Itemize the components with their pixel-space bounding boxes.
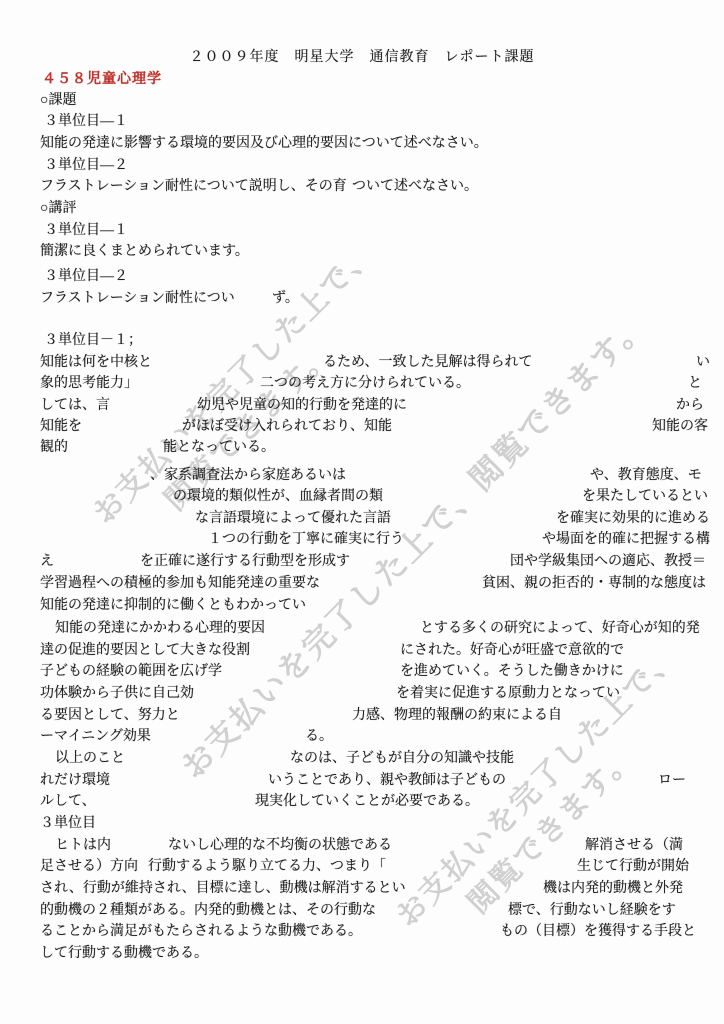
text-fragment: 足させる）方向 [40, 857, 138, 876]
text-fragment: ルして、 [40, 792, 96, 811]
text-fragment: 的動機の２種類がある。内発的動機とは、その行動な [40, 901, 376, 920]
text-fragment: る要因として、努力と [40, 706, 180, 725]
text-line: 知能をがほぼ受け入れられており、知能知能の客 [0, 417, 724, 436]
text-fragment: 知能の発達に影響する環境的要因及び心理的要因について述べなさい。 [40, 134, 488, 153]
document-title-line: ２００９年度 明星大学 通信教育 レポート課題 [0, 48, 724, 67]
text-line: 知能は何を中核とるため、一致した見解は得られてい [0, 353, 724, 372]
text-fragment: 機は内発的動機と外発 [543, 879, 683, 898]
text-fragment: ３単位目―１ [44, 221, 128, 240]
text-line: 的動機の２種類がある。内発的動機とは、その行動な標で、行動ないし経験をす [0, 901, 724, 920]
text-fragment: 解消させる（満 [585, 836, 683, 855]
text-fragment: 象的思考能力」 [40, 374, 138, 393]
text-fragment: 子どもの経験の範囲を広げ学 [40, 662, 222, 681]
text-fragment: もの（目標）を獲得する手段と [500, 922, 696, 941]
report-document-page: お支払いを完了した上で、閲覧できます。お支払いを完了した上で、閲覧できます。お支… [0, 0, 724, 1024]
text-line: 以上のことなのは、子どもが自分の知識や技能 [0, 749, 724, 768]
text-fragment: 行動するよう駆り立てる力、つまり「 [148, 857, 386, 876]
text-line: 学習過程への積極的参加も知能発達の重要な貧困、親の拒否的・専制的な態度は [0, 574, 724, 593]
text-fragment: 生じて行動が開始 [577, 857, 689, 876]
text-line: ○課題 [0, 91, 724, 110]
text-fragment: ついて述べなさい。 [352, 177, 478, 196]
text-line: ることから満足がもたらされるような動機である。もの（目標）を獲得する手段と [0, 922, 724, 941]
text-fragment: 能となっている。 [163, 438, 275, 457]
text-fragment: 簡潔に良くまとめられています。 [40, 242, 249, 261]
text-line: れだけ環境いうことであり、親や教師は子どものロー [0, 771, 724, 790]
text-fragment: がほぼ受け入れられており、知能 [182, 417, 392, 436]
text-fragment: 幼児や児童の知的行動を発達的に [197, 396, 407, 415]
text-fragment: 二つの考え方に分けられている。 [260, 374, 470, 393]
text-fragment: ３単位目―２ [44, 267, 128, 286]
text-line: えを正確に遂行する行動型を形成す団や学級集団への適応、教授＝ [0, 552, 724, 571]
text-fragment: ○課題 [40, 91, 76, 110]
text-fragment: ３単位目―２ [44, 156, 128, 175]
text-fragment: 力感、物理的報酬の約束による自 [352, 706, 562, 725]
text-line: 知能の発達にかかわる心理的要因とする多くの研究によって、好奇心が知的発 [0, 619, 724, 638]
text-fragment: や、教育態度、モ [590, 466, 702, 485]
text-fragment: を正確に遂行する行動型を形成す [140, 552, 350, 571]
text-fragment: い [696, 353, 710, 372]
text-fragment: 、家系調査法から家庭あるいは [150, 466, 346, 485]
text-fragment: 知能の発達に抑制的に働くともわかってい [40, 596, 306, 615]
text-line: 功体験から子供に自己効を着実に促進する原動力となってい [0, 684, 724, 703]
text-line: 象的思考能力」二つの考え方に分けられている。と [0, 374, 724, 393]
text-line: ３単位目 [0, 814, 724, 833]
text-line: 簡潔に良くまとめられています。 [0, 242, 724, 261]
text-fragment: る。 [305, 727, 333, 746]
text-fragment: フラストレーション耐性につい [40, 289, 235, 308]
text-line: 、家系調査法から家庭あるいはや、教育態度、モ [0, 466, 724, 485]
text-line: ３単位目―２ [0, 156, 724, 175]
text-line: ３単位目－１； [0, 331, 724, 350]
text-fragment: ーマイニング効果 [40, 727, 151, 746]
course-heading-line: ４５８児童心理学 [0, 70, 724, 89]
text-line: ルして、現実化していくことが必要である。 [0, 792, 724, 811]
text-fragment: 現実化していくことが必要である。 [255, 792, 479, 811]
text-line: フラストレーション耐性についず。 [0, 289, 724, 308]
text-line: ３単位目―１ [0, 112, 724, 131]
text-fragment: ロー [658, 771, 686, 790]
text-fragment: ることから満足がもたらされるような動機である。 [40, 922, 362, 941]
text-fragment: や場面を的確に把握する構 [542, 530, 710, 549]
text-fragment: ○講評 [40, 199, 76, 218]
text-fragment: ヒトは内 [55, 836, 111, 855]
text-fragment: 功体験から子供に自己効 [40, 684, 194, 703]
text-fragment: を進めていく。そうした働きかけに [400, 662, 624, 681]
text-fragment: 観的 [40, 438, 68, 457]
text-fragment: 標で、行動ないし経験をす [508, 901, 676, 920]
text-fragment: を確実に効果的に進める [556, 509, 710, 528]
text-line: ヒトは内ないし心理的な不均衡の状態である解消させる（満 [0, 836, 724, 855]
text-fragment: 知能を [40, 417, 82, 436]
text-fragment: を着実に促進する原動力となってい [396, 684, 620, 703]
text-fragment: して行動する動機である。 [40, 944, 208, 963]
text-fragment: にされた。好奇心が旺盛で意欲的で [400, 641, 624, 660]
text-fragment: を果たしているとい [582, 487, 708, 506]
text-line: され、行動が維持され、目標に達し、動機は解消するとい機は内発的動機と外発 [0, 879, 724, 898]
text-line: な言語環境によって優れた言語を確実に効果的に進める [0, 509, 724, 528]
text-line: 足させる）方向行動するよう駆り立てる力、つまり「生じて行動が開始 [0, 857, 724, 876]
course-code-heading: ４５８児童心理学 [42, 70, 162, 89]
text-fragment: な言語環境によって優れた言語 [195, 509, 391, 528]
text-fragment: フラストレーション耐性について説明し、その育 [40, 177, 347, 196]
text-line: ３単位目―１ [0, 221, 724, 240]
text-line: 観的能となっている。 [0, 438, 724, 457]
text-fragment: と [688, 374, 702, 393]
text-line: 達の促進的要因として大きな役割にされた。好奇心が旺盛で意欲的で [0, 641, 724, 660]
text-line: る要因として、努力と力感、物理的報酬の約束による自 [0, 706, 724, 725]
text-line: １つの行動を丁寧に確実に行うや場面を的確に把握する構 [0, 530, 724, 549]
text-fragment: るため、一致した見解は得られて [323, 353, 532, 372]
text-line: ○講評 [0, 199, 724, 218]
text-line: しては、言幼児や児童の知的行動を発達的にから [0, 396, 724, 415]
text-line: フラストレーション耐性について説明し、その育ついて述べなさい。 [0, 177, 724, 196]
text-fragment: しては、言 [40, 396, 110, 415]
text-fragment: され、行動が維持され、目標に達し、動機は解消するとい [40, 879, 406, 898]
text-fragment: ず。 [272, 289, 299, 308]
text-fragment: から [676, 396, 704, 415]
text-line: 知能の発達に影響する環境的要因及び心理的要因について述べなさい。 [0, 134, 724, 153]
text-fragment: 知能は何を中核と [40, 353, 152, 372]
text-fragment: いうことであり、親や教師は子どもの [268, 771, 506, 790]
text-line: の環境的類似性が、血縁者間の類を果たしているとい [0, 487, 724, 506]
text-fragment: ないし心理的な不均衡の状態である [168, 836, 392, 855]
text-fragment: １つの行動を丁寧に確実に行う [208, 530, 404, 549]
text-fragment: ３単位目―１ [44, 112, 128, 131]
text-fragment: え [40, 552, 54, 571]
text-fragment: れだけ環境 [40, 771, 110, 790]
text-fragment: 以上のこと [55, 749, 125, 768]
text-line: 知能の発達に抑制的に働くともわかってい [0, 596, 724, 615]
text-line: 子どもの経験の範囲を広げ学を進めていく。そうした働きかけに [0, 662, 724, 681]
text-line: ーマイニング効果る。 [0, 727, 724, 746]
text-fragment: 学習過程への積極的参加も知能発達の重要な [40, 574, 320, 593]
text-fragment: 団や学級集団への適応、教授＝ [510, 552, 706, 571]
text-fragment: ３単位目 [40, 814, 96, 833]
text-fragment: の環境的類似性が、血縁者間の類 [173, 487, 383, 506]
text-fragment: 達の促進的要因として大きな役割 [40, 641, 250, 660]
text-line: して行動する動機である。 [0, 944, 724, 963]
text-fragment: 知能の発達にかかわる心理的要因 [55, 619, 265, 638]
text-line: ３単位目―２ [0, 267, 724, 286]
text-fragment: ３単位目－１； [44, 331, 142, 350]
text-fragment: なのは、子どもが自分の知識や技能 [290, 749, 514, 768]
text-fragment: とする多くの研究によって、好奇心が知的発 [420, 619, 700, 638]
text-fragment: 貧困、親の拒否的・専制的な態度は [482, 574, 706, 593]
text-fragment: 知能の客 [652, 417, 708, 436]
document-title: ２００９年度 明星大学 通信教育 レポート課題 [190, 50, 535, 65]
